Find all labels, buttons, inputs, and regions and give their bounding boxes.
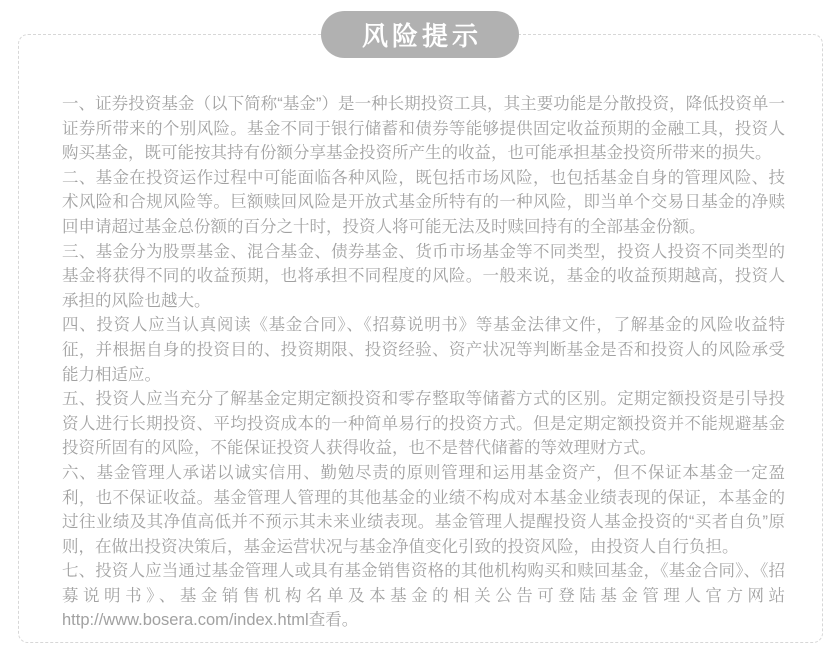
notice-paragraph-3: 三、基金分为股票基金、混合基金、债券基金、货币市场基金等不同类型，投资人投资不同… xyxy=(62,240,785,314)
paragraph-7-text-after: 查看。 xyxy=(309,611,359,629)
notice-content: 一、证券投资基金（以下简称“基金”）是一种长期投资工具，其主要功能是分散投资，降… xyxy=(62,92,785,633)
notice-paragraph-7: 七、投资人应当通过基金管理人或具有基金销售资格的其他机构购买和赎回基金，《基金合… xyxy=(62,559,785,633)
paragraph-7-text-before: 七、投资人应当通过基金管理人或具有基金销售资格的其他机构购买和赎回基金，《基金合… xyxy=(62,562,785,605)
website-url: http://www.bosera.com/index.html xyxy=(62,611,309,629)
risk-notice-page: 风险提示 一、证券投资基金（以下简称“基金”）是一种长期投资工具，其主要功能是分… xyxy=(0,0,840,661)
page-title: 风险提示 xyxy=(362,16,482,53)
notice-paragraph-2: 二、基金在投资运作过程中可能面临各种风险，既包括市场风险，也包括基金自身的管理风… xyxy=(62,166,785,240)
notice-paragraph-5: 五、投资人应当充分了解基金定期定额投资和零存整取等储蓄方式的区别。定期定额投资是… xyxy=(62,387,785,461)
notice-paragraph-4: 四、投资人应当认真阅读《基金合同》、《招募说明书》等基金法律文件，了解基金的风险… xyxy=(62,313,785,387)
risk-notice-banner: 风险提示 xyxy=(321,11,519,58)
notice-paragraph-6: 六、基金管理人承诺以诚实信用、勤勉尽责的原则管理和运用基金资产，但不保证本基金一… xyxy=(62,461,785,559)
notice-paragraph-1: 一、证券投资基金（以下简称“基金”）是一种长期投资工具，其主要功能是分散投资，降… xyxy=(62,92,785,166)
